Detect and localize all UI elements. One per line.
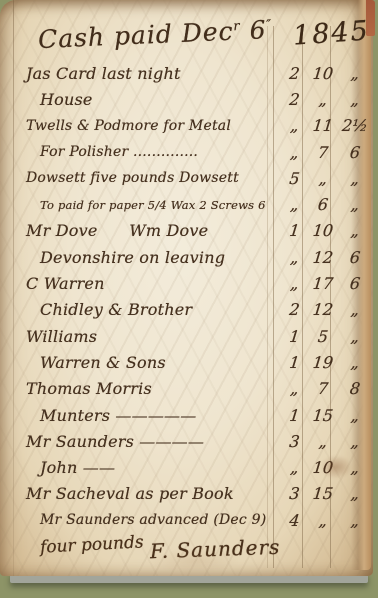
entry-shillings: 10 xyxy=(308,64,338,83)
entry-pounds: 1 xyxy=(279,353,310,372)
ledger-row: Mr Dove Wm Dove 1 10 „ xyxy=(0,218,373,244)
entry-pounds: 5 xyxy=(279,169,310,188)
ledger-row: Warren & Sons 1 19 „ xyxy=(0,349,373,375)
entry-shillings: 10 xyxy=(308,221,338,240)
entry-pounds: 1 xyxy=(279,327,310,346)
entry-shillings: 5 xyxy=(308,327,338,346)
entry-shillings: „ xyxy=(308,511,338,530)
title-superscript: ″ xyxy=(266,18,273,33)
ledger-photo: Cash paid Decr 6″ 1845 Jas Card last nig… xyxy=(0,0,378,598)
entry-pence: 2½ xyxy=(336,116,374,135)
entry-description: House xyxy=(0,90,280,109)
entry-pence: 8 xyxy=(336,379,374,398)
ledger-row: House 2 „ „ xyxy=(0,86,373,112)
entry-shillings: 7 xyxy=(308,143,338,162)
entry-description: Mr Saunders advanced (Dec 9) xyxy=(0,512,280,528)
entry-description: Munters ————— xyxy=(0,406,280,425)
entry-description: Thomas Morris xyxy=(0,379,280,398)
entry-pence: 6 xyxy=(336,274,374,293)
entry-pence: „ xyxy=(336,221,374,240)
entry-pence: „ xyxy=(336,432,374,451)
entry-shillings: 6 xyxy=(308,195,338,214)
entry-description: Devonshire on leaving xyxy=(0,248,280,267)
ledger-row: Mr Saunders advanced (Dec 9) 4 „ „ xyxy=(0,507,373,533)
entry-pence: 6 xyxy=(336,248,374,267)
entry-pounds: „ xyxy=(279,458,310,477)
entry-description: Mr Sacheval as per Book xyxy=(0,484,280,503)
ledger-row: Chidley & Brother 2 12 „ xyxy=(0,297,373,323)
footer-amount-words: four pounds xyxy=(40,532,145,557)
entry-pounds: „ xyxy=(279,248,310,267)
entry-shillings: 19 xyxy=(308,353,338,372)
book-spine-edge xyxy=(366,0,375,36)
entry-pence: „ xyxy=(336,169,374,188)
entry-description: Mr Saunders ———— xyxy=(0,432,280,451)
entry-pence: „ xyxy=(336,327,374,346)
entry-pounds: 1 xyxy=(279,406,310,425)
entry-pence: „ xyxy=(336,406,374,425)
entry-description: Mr Dove Wm Dove xyxy=(0,221,280,240)
entry-description: C Warren xyxy=(0,274,280,293)
entry-pence: „ xyxy=(336,64,374,83)
entry-shillings: „ xyxy=(308,169,338,188)
entry-pounds: 3 xyxy=(279,432,310,451)
entry-shillings: „ xyxy=(308,432,338,451)
ledger-row: C Warren „ 17 6 xyxy=(0,270,373,296)
entry-description: Twells & Podmore for Metal xyxy=(0,118,280,134)
entry-pounds: 2 xyxy=(279,64,310,83)
entry-shillings: 15 xyxy=(308,406,338,425)
ink-smudge xyxy=(320,455,352,479)
ledger-row: For Polisher .............. „ 7 6 xyxy=(0,139,373,165)
ledger-row: Mr Saunders ———— 3 „ „ xyxy=(0,428,373,454)
entry-pounds: 2 xyxy=(279,300,310,319)
entry-pounds: 3 xyxy=(279,484,310,503)
entry-pence: „ xyxy=(336,195,374,214)
ledger-row: To paid for paper 5/4 Wax 2 Screws 6 „ 6… xyxy=(0,191,373,217)
entry-pounds: 1 xyxy=(279,221,310,240)
ledger-row: Mr Sacheval as per Book 3 15 „ xyxy=(0,481,373,507)
entry-description: Williams xyxy=(0,327,280,346)
entry-pence: „ xyxy=(336,353,374,372)
entry-pence: „ xyxy=(336,300,374,319)
entry-pounds: 2 xyxy=(279,90,310,109)
ledger-row: Williams 1 5 „ xyxy=(0,323,373,349)
entry-shillings: 17 xyxy=(308,274,338,293)
entry-pounds: 4 xyxy=(279,511,310,530)
entry-pounds: „ xyxy=(279,379,310,398)
entry-description: To paid for paper 5/4 Wax 2 Screws 6 xyxy=(0,198,280,212)
entry-pence: 6 xyxy=(336,143,374,162)
ledger-row: John —— „ 10 „ xyxy=(0,454,373,480)
ledger-row: Dowsett five pounds Dowsett 5 „ „ xyxy=(0,165,373,191)
entry-description: Dowsett five pounds Dowsett xyxy=(0,170,280,186)
ledger-row: Devonshire on leaving „ 12 6 xyxy=(0,244,373,270)
entry-shillings: 12 xyxy=(308,300,338,319)
page-title: Cash paid Decr 6″ xyxy=(37,15,273,54)
entry-description: Warren & Sons xyxy=(0,353,280,372)
entry-pence: „ xyxy=(336,511,374,530)
year-label: 1845 xyxy=(292,15,371,51)
ledger-row: Twells & Podmore for Metal „ 11 2½ xyxy=(0,113,373,139)
ledger-row: Jas Card last night 2 10 „ xyxy=(0,60,373,86)
title-row: Cash paid Decr 6″ 1845 xyxy=(0,16,373,58)
entry-description: For Polisher .............. xyxy=(0,144,280,160)
entry-description: Chidley & Brother xyxy=(0,300,280,319)
entry-pounds: „ xyxy=(279,143,310,162)
entry-pence: „ xyxy=(336,90,374,109)
ledger-row: Thomas Morris „ 7 8 xyxy=(0,376,373,402)
ledger-row: Munters ————— 1 15 „ xyxy=(0,402,373,428)
entry-pence: „ xyxy=(336,484,374,503)
entry-description: John —— xyxy=(0,458,280,477)
entry-shillings: 11 xyxy=(308,116,338,135)
ledger-page: Cash paid Decr 6″ 1845 Jas Card last nig… xyxy=(0,0,373,576)
ledger-rows: Jas Card last night 2 10 „ House 2 „ „ T… xyxy=(0,60,373,533)
entry-pounds: „ xyxy=(279,116,310,135)
paper-stain xyxy=(150,548,240,574)
entry-pounds: „ xyxy=(279,195,310,214)
entry-shillings: „ xyxy=(308,90,338,109)
entry-pounds: „ xyxy=(279,274,310,293)
entry-description: Jas Card last night xyxy=(0,64,280,83)
entry-shillings: 15 xyxy=(308,484,338,503)
entry-shillings: 12 xyxy=(308,248,338,267)
entry-shillings: 7 xyxy=(308,379,338,398)
